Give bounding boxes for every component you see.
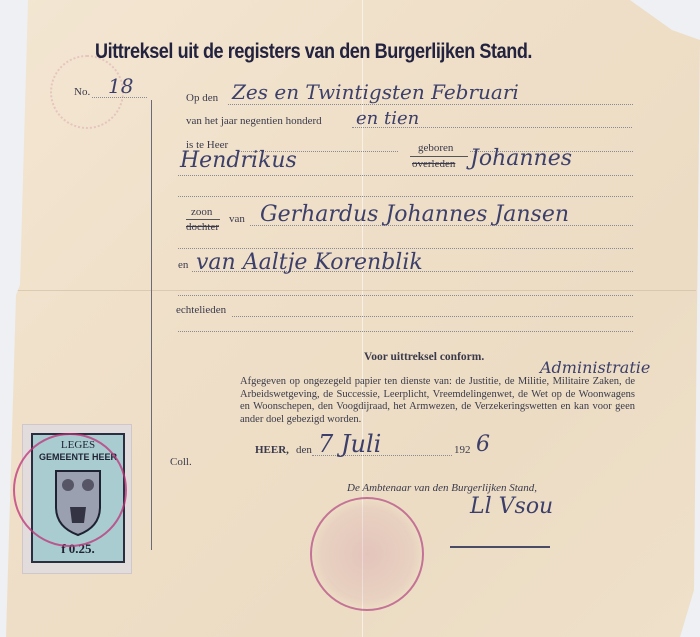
- voornaam-value: Hendrikus: [180, 148, 297, 173]
- overleden-label: overleden: [412, 158, 455, 170]
- number-value: 18: [108, 74, 133, 98]
- van-label: van: [229, 213, 245, 225]
- geboren-label: geboren: [418, 142, 453, 154]
- margin-rule: [151, 100, 152, 550]
- document-title: Uittreksel uit de registers van den Burg…: [95, 40, 615, 64]
- date-year-prefix: 192: [454, 444, 471, 456]
- blank-line-1: [178, 196, 633, 197]
- geboren-fraction-line: [410, 156, 468, 157]
- fold-crease-horizontal: [16, 290, 696, 291]
- name-line: [178, 175, 633, 176]
- echtelieden-label: echtelieden: [176, 304, 226, 316]
- date-year-suffix: 6: [476, 432, 490, 457]
- op-den-line: [228, 104, 633, 105]
- blank-line-4: [178, 331, 633, 332]
- signature-underline: [450, 546, 550, 548]
- date-place-label: HEER,: [255, 444, 289, 456]
- official-label: De Ambtenaar van den Burgerlijken Stand,: [347, 482, 537, 494]
- op-den-value: Zes en Twintigsten Februari: [232, 80, 519, 104]
- zoon-label: zoon: [191, 206, 212, 218]
- op-den-label: Op den: [186, 92, 218, 104]
- coll-label: Coll.: [170, 456, 192, 468]
- echtelieden-line: [232, 316, 633, 317]
- revenue-stamp: LEGES GEMEENTE HEER f 0.25.: [22, 424, 132, 574]
- vader-value: Gerhardus Johannes Jansen: [260, 202, 569, 227]
- zoon-fraction-line: [186, 219, 220, 220]
- conform-heading: Voor uittreksel conform.: [364, 351, 484, 363]
- date-den-label: den: [296, 444, 312, 456]
- blank-line-2: [178, 248, 633, 249]
- purpose-handwritten: Administratie: [540, 358, 650, 377]
- jaar-label: van het jaar negentien honderd: [186, 115, 322, 127]
- naam-value: Johannes: [470, 146, 572, 171]
- municipal-seal: [310, 497, 424, 611]
- conform-paragraph: Afgegeven op ongezegeld papier ten diens…: [240, 376, 635, 426]
- en-label: en: [178, 259, 188, 271]
- blank-line-3: [178, 295, 633, 296]
- jaar-value: en tien: [356, 108, 419, 129]
- document-paper: Uittreksel uit de registers van den Burg…: [0, 0, 700, 637]
- moeder-value: van Aaltje Korenblik: [196, 250, 423, 275]
- dochter-label: dochter: [186, 221, 219, 233]
- date-day-month-value: 7 Juli: [318, 430, 381, 458]
- official-signature: Ll Vsou: [470, 494, 553, 519]
- revenue-cancel-stamp: [13, 433, 127, 547]
- number-label: No.: [74, 86, 90, 98]
